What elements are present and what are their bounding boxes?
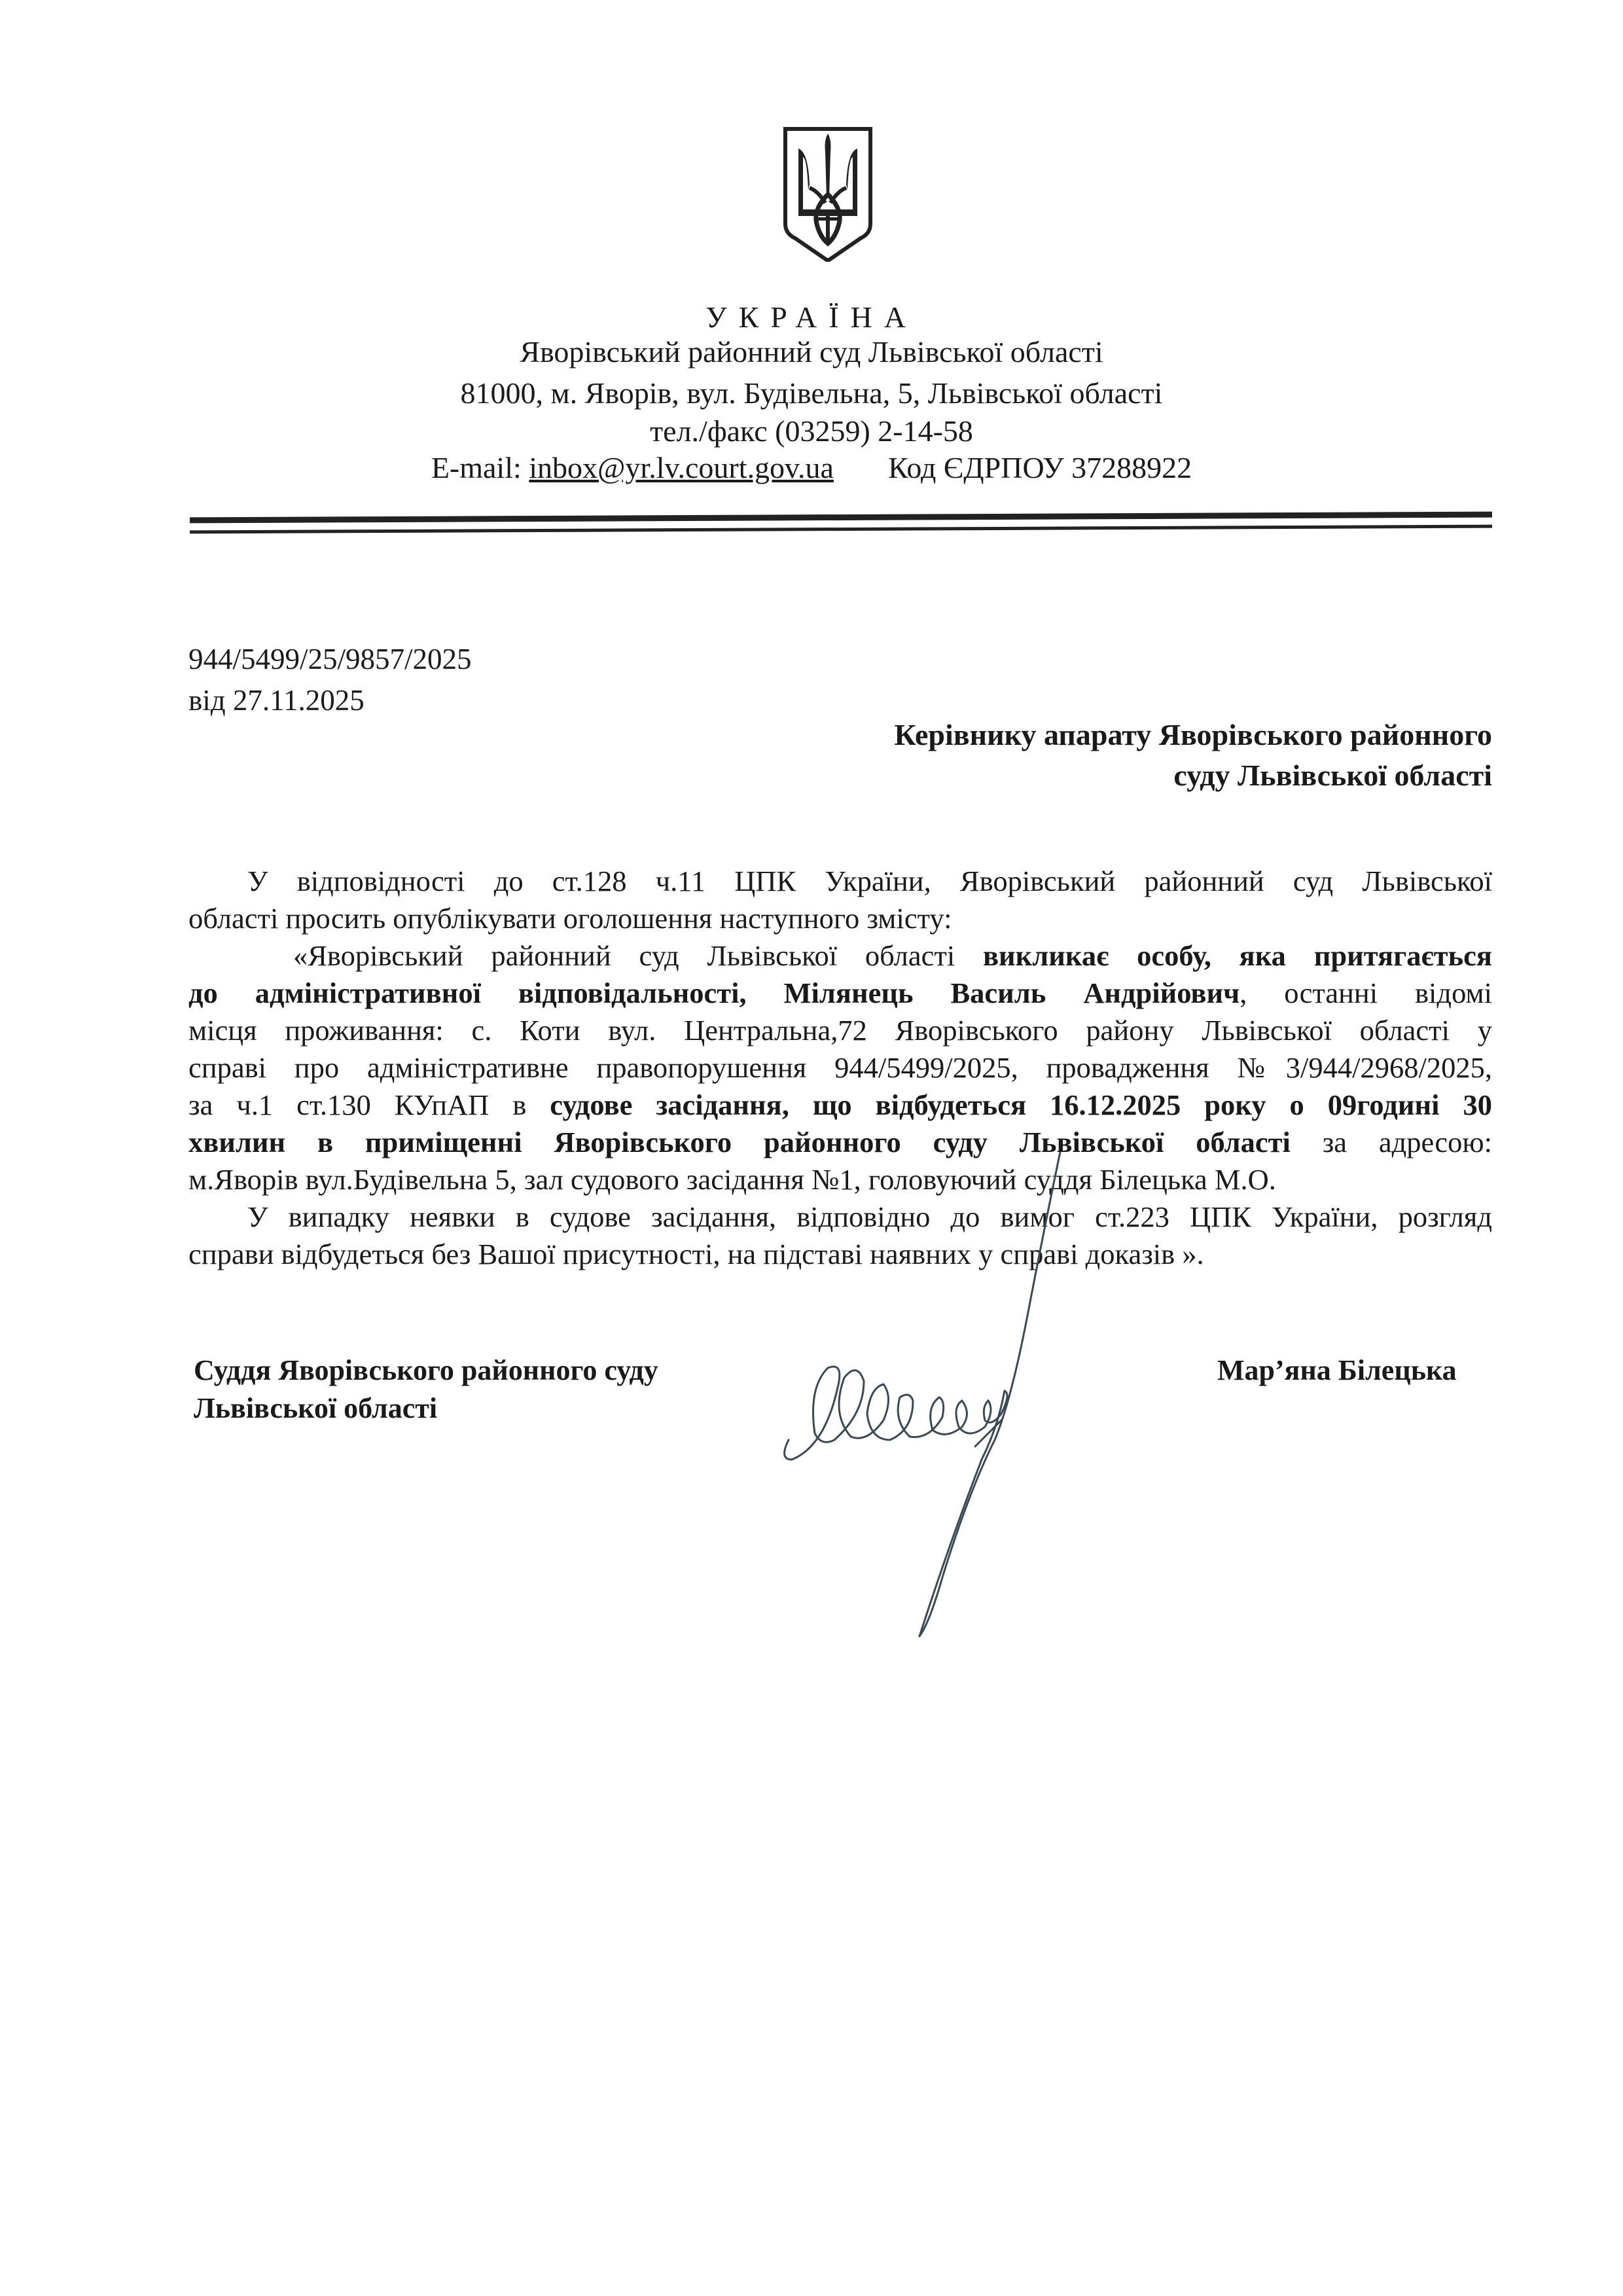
addressee-line-1: Керівнику апарату Яворівського районного [894,717,1492,752]
signatory-title-line-2: Львівської області [194,1394,437,1423]
body-line: області просить опублікувати оголошення … [188,900,1492,937]
court-address: 81000, м. Яворів, вул. Будівельна, 5, Ль… [0,378,1623,408]
body-line: до адміністративної відповідальності, Мі… [188,975,1492,1012]
header-divider-thick [190,512,1492,524]
signatory-name: Мар’яна Білецька [1217,1356,1457,1385]
court-name: Яворівський районний суд Львівської обла… [0,337,1623,367]
court-phone: тел./факс (03259) 2-14-58 [0,416,1623,446]
body-line: за ч.1 ст.130 КУпАП в судове засідання, … [188,1086,1492,1124]
signatory-title-line-1: Суддя Яворівського районного суду [194,1356,658,1385]
country-heading: УКРАЇНА [0,302,1623,332]
trident-coat-of-arms-icon [782,126,874,266]
body-line: справі про адміністративне правопорушенн… [188,1049,1492,1086]
handwritten-signature-icon [753,1152,1211,1669]
email-link[interactable]: inbox@yr.lv.court.gov.ua [529,451,834,484]
reference-date: від 27.11.2025 [188,686,365,715]
edrpou-code: Код ЄДРПОУ 37288922 [888,451,1192,484]
court-contact: E-mail: inbox@yr.lv.court.gov.ua Код ЄДР… [0,453,1623,483]
header-divider-thin [190,525,1492,534]
reference-number: 944/5499/25/9857/2025 [188,645,472,674]
body-line: У відповідності до ст.128 ч.11 ЦПК Украї… [188,863,1492,900]
body-line: місця проживання: с. Коти вул. Центральн… [188,1012,1492,1049]
email-label: E-mail: [431,451,522,484]
body-line: «Яворівський районний суд Львівської обл… [188,937,1492,975]
addressee-line-2: суду Львівської області [1173,758,1492,793]
